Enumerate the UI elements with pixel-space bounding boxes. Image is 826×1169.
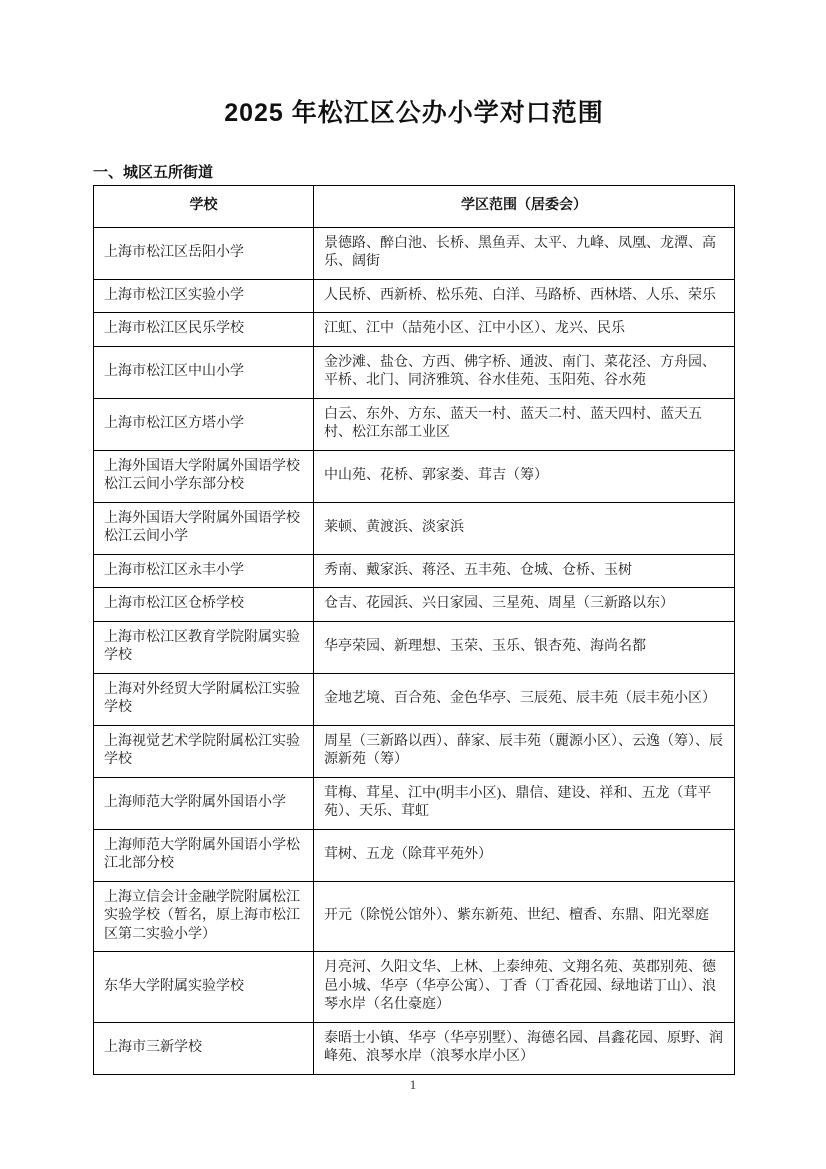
range-cell: 金地艺境、百合苑、金色华亭、三辰苑、辰丰苑（辰丰苑小区）	[314, 673, 735, 725]
school-cell: 上海市松江区仓桥学校	[94, 588, 314, 622]
school-cell: 上海市松江区岳阳小学	[94, 227, 314, 279]
range-cell: 泰晤士小镇、华亭（华亭别墅）、海德名园、昌鑫花园、原野、润峰苑、浪琴水岸（浪琴水…	[314, 1022, 735, 1074]
column-header-school: 学校	[94, 186, 314, 228]
table-row: 上海市三新学校泰晤士小镇、华亭（华亭别墅）、海德名园、昌鑫花园、原野、润峰苑、浪…	[94, 1022, 735, 1074]
table-row: 上海市松江区方塔小学白云、东外、方东、蓝天一村、蓝天二村、蓝天四村、蓝天五村、松…	[94, 398, 735, 450]
table-row: 上海师范大学附属外国语小学松江北部分校茸树、五龙（除茸平苑外）	[94, 829, 735, 881]
range-cell: 周星（三新路以西）、薛家、辰丰苑（麗源小区）、云逸（筹）、辰源新苑（筹）	[314, 725, 735, 777]
range-cell: 仓吉、花园浜、兴日家园、三星苑、周星（三新路以东）	[314, 588, 735, 622]
table-row: 上海师范大学附属外国语小学茸梅、茸星、江中(明丰小区)、鼎信、建设、祥和、五龙（…	[94, 777, 735, 829]
section-heading: 一、城区五所街道	[93, 163, 735, 184]
school-cell: 上海市松江区方塔小学	[94, 398, 314, 450]
school-district-table: 学校 学区范围（居委会） 上海市松江区岳阳小学景德路、醉白池、长桥、黑鱼弄、太平…	[93, 185, 735, 1075]
range-cell: 开元（除悦公馆外）、紫东新苑、世纪、檀香、东鼎、阳光翠庭	[314, 881, 735, 952]
range-cell: 白云、东外、方东、蓝天一村、蓝天二村、蓝天四村、蓝天五村、松江东部工业区	[314, 398, 735, 450]
range-cell: 月亮河、久阳文华、上林、上泰绅苑、文翔名苑、英郡别苑、德邑小城、华亭（华亭公寓）…	[314, 952, 735, 1023]
range-cell: 莱顿、黄渡浜、淡家浜	[314, 502, 735, 554]
school-cell: 上海市松江区民乐学校	[94, 313, 314, 347]
table-row: 上海立信会计金融学院附属松江实验学校（暂名，原上海市松江区第二实验小学）开元（除…	[94, 881, 735, 952]
table-row: 上海外国语大学附属外国语学校松江云间小学东部分校中山苑、花桥、郭家娄、茸吉（筹）	[94, 450, 735, 502]
school-cell: 上海市松江区实验小学	[94, 279, 314, 313]
table-row: 上海市松江区中山小学金沙滩、盐仓、方西、佛字桥、通波、南门、菜花泾、方舟园、平桥…	[94, 346, 735, 398]
range-cell: 秀南、戴家浜、蒋泾、五丰苑、仓城、仓桥、玉树	[314, 554, 735, 588]
table-row: 上海市松江区民乐学校江虹、江中（喆苑小区、江中小区）、龙兴、民乐	[94, 313, 735, 347]
table-row: 上海市松江区永丰小学秀南、戴家浜、蒋泾、五丰苑、仓城、仓桥、玉树	[94, 554, 735, 588]
school-cell: 上海立信会计金融学院附属松江实验学校（暂名，原上海市松江区第二实验小学）	[94, 881, 314, 952]
table-row: 上海外国语大学附属外国语学校松江云间小学莱顿、黄渡浜、淡家浜	[94, 502, 735, 554]
table-row: 上海视觉艺术学院附属松江实验学校周星（三新路以西）、薛家、辰丰苑（麗源小区）、云…	[94, 725, 735, 777]
table-row: 上海市松江区实验小学人民桥、西新桥、松乐苑、白洋、马路桥、西林塔、人乐、荣乐	[94, 279, 735, 313]
document-page: 2025 年松江区公办小学对口范围 一、城区五所街道 学校 学区范围（居委会） …	[0, 0, 826, 1169]
school-cell: 上海对外经贸大学附属松江实验学校	[94, 673, 314, 725]
school-cell: 上海市松江区中山小学	[94, 346, 314, 398]
page-number: 1	[0, 1077, 826, 1093]
column-header-range: 学区范围（居委会）	[314, 186, 735, 228]
table-row: 上海市松江区岳阳小学景德路、醉白池、长桥、黑鱼弄、太平、九峰、凤凰、龙潭、高乐、…	[94, 227, 735, 279]
range-cell: 茸梅、茸星、江中(明丰小区)、鼎信、建设、祥和、五龙（茸平苑）、天乐、茸虹	[314, 777, 735, 829]
school-cell: 上海视觉艺术学院附属松江实验学校	[94, 725, 314, 777]
table-row: 上海市松江区仓桥学校仓吉、花园浜、兴日家园、三星苑、周星（三新路以东）	[94, 588, 735, 622]
school-cell: 上海市松江区永丰小学	[94, 554, 314, 588]
range-cell: 景德路、醉白池、长桥、黑鱼弄、太平、九峰、凤凰、龙潭、高乐、阔街	[314, 227, 735, 279]
range-cell: 茸树、五龙（除茸平苑外）	[314, 829, 735, 881]
school-cell: 东华大学附属实验学校	[94, 952, 314, 1023]
range-cell: 江虹、江中（喆苑小区、江中小区）、龙兴、民乐	[314, 313, 735, 347]
table-row: 东华大学附属实验学校月亮河、久阳文华、上林、上泰绅苑、文翔名苑、英郡别苑、德邑小…	[94, 952, 735, 1023]
page-title: 2025 年松江区公办小学对口范围	[93, 96, 735, 130]
table-row: 上海市松江区教育学院附属实验学校华亭荣园、新理想、玉荣、玉乐、银杏苑、海尚名都	[94, 621, 735, 673]
school-cell: 上海外国语大学附属外国语学校松江云间小学	[94, 502, 314, 554]
school-cell: 上海师范大学附属外国语小学	[94, 777, 314, 829]
school-cell: 上海市三新学校	[94, 1022, 314, 1074]
school-cell: 上海市松江区教育学院附属实验学校	[94, 621, 314, 673]
table-row: 上海对外经贸大学附属松江实验学校金地艺境、百合苑、金色华亭、三辰苑、辰丰苑（辰丰…	[94, 673, 735, 725]
school-cell: 上海师范大学附属外国语小学松江北部分校	[94, 829, 314, 881]
range-cell: 华亭荣园、新理想、玉荣、玉乐、银杏苑、海尚名都	[314, 621, 735, 673]
range-cell: 中山苑、花桥、郭家娄、茸吉（筹）	[314, 450, 735, 502]
table-body: 上海市松江区岳阳小学景德路、醉白池、长桥、黑鱼弄、太平、九峰、凤凰、龙潭、高乐、…	[94, 227, 735, 1074]
school-cell: 上海外国语大学附属外国语学校松江云间小学东部分校	[94, 450, 314, 502]
table-header-row: 学校 学区范围（居委会）	[94, 186, 735, 228]
range-cell: 金沙滩、盐仓、方西、佛字桥、通波、南门、菜花泾、方舟园、平桥、北门、同济雅筑、谷…	[314, 346, 735, 398]
range-cell: 人民桥、西新桥、松乐苑、白洋、马路桥、西林塔、人乐、荣乐	[314, 279, 735, 313]
